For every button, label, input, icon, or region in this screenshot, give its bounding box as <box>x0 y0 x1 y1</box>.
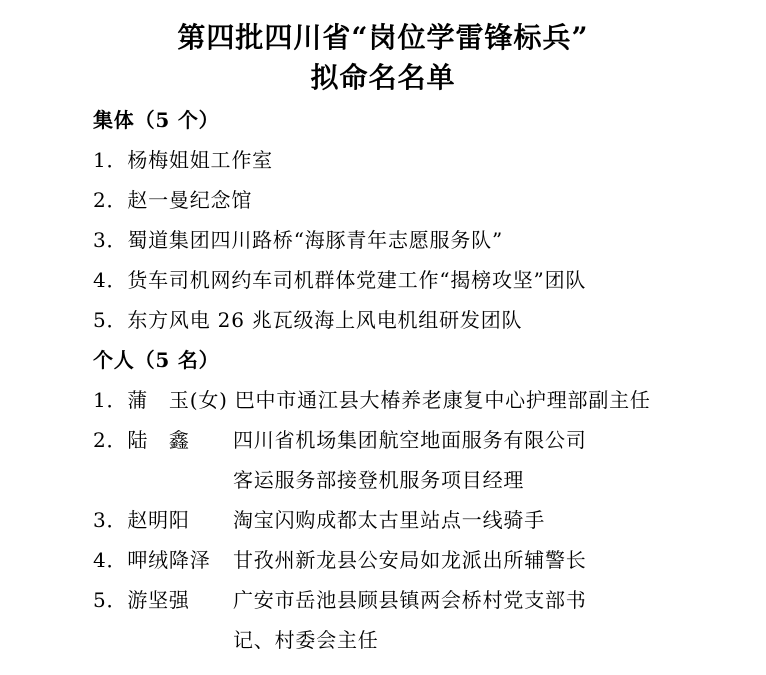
person-description-line: 巴中市通江县大椿养老康复中心护理部副主任 <box>235 380 726 420</box>
person-description-line: 甘孜州新龙县公安局如龙派出所辅警长 <box>233 540 726 580</box>
list-item: 2．赵一曼纪念馆 <box>93 180 726 220</box>
document-body: 集体（5 个） 1．杨梅姐姐工作室 2．赵一曼纪念馆 3．蜀道集团四川路桥“海豚… <box>0 100 766 660</box>
person-number-name: 4．呷绒降泽 <box>93 540 233 580</box>
list-item: 4．货车司机网约车司机群体党建工作“揭榜攻坚”团队 <box>93 260 726 300</box>
person-description-line: 记、村委会主任 <box>233 620 726 660</box>
section-heading-individual: 个人（5 名） <box>93 340 726 380</box>
person-description: 淘宝闪购成都太古里站点一线骑手 <box>233 500 726 540</box>
document-title: 第四批四川省“岗位学雷锋标兵” 拟命名名单 <box>0 18 766 98</box>
title-line-2: 拟命名名单 <box>0 58 766 98</box>
person-row: 1．蒲 玉(女) 巴中市通江县大椿养老康复中心护理部副主任 <box>93 380 726 420</box>
person-description: 甘孜州新龙县公安局如龙派出所辅警长 <box>233 540 726 580</box>
list-item: 3．蜀道集团四川路桥“海豚青年志愿服务队” <box>93 220 726 260</box>
person-row: 3．赵明阳 淘宝闪购成都太古里站点一线骑手 <box>93 500 726 540</box>
person-number-name: 1．蒲 玉(女) <box>93 380 228 420</box>
person-description: 广安市岳池县顾县镇两会桥村党支部书 记、村委会主任 <box>233 580 726 660</box>
person-number-name: 5．游坚强 <box>93 580 233 620</box>
person-description-line: 淘宝闪购成都太古里站点一线骑手 <box>233 500 726 540</box>
title-line-1: 第四批四川省“岗位学雷锋标兵” <box>0 18 766 58</box>
person-row: 4．呷绒降泽 甘孜州新龙县公安局如龙派出所辅警长 <box>93 540 726 580</box>
list-item: 1．杨梅姐姐工作室 <box>93 140 726 180</box>
section-heading-collective: 集体（5 个） <box>93 100 726 140</box>
list-item: 5．东方风电 26 兆瓦级海上风电机组研发团队 <box>93 300 726 340</box>
person-row: 5．游坚强 广安市岳池县顾县镇两会桥村党支部书 记、村委会主任 <box>93 580 726 660</box>
person-description: 四川省机场集团航空地面服务有限公司 客运服务部接登机服务项目经理 <box>233 420 726 500</box>
person-number-name: 2．陆 鑫 <box>93 420 233 460</box>
person-description-line: 广安市岳池县顾县镇两会桥村党支部书 <box>233 580 726 620</box>
person-number-name: 3．赵明阳 <box>93 500 233 540</box>
person-description-line: 四川省机场集团航空地面服务有限公司 <box>233 420 726 460</box>
person-row: 2．陆 鑫 四川省机场集团航空地面服务有限公司 客运服务部接登机服务项目经理 <box>93 420 726 500</box>
person-description-line: 客运服务部接登机服务项目经理 <box>233 460 726 500</box>
person-description: 巴中市通江县大椿养老康复中心护理部副主任 <box>235 380 726 420</box>
document-page: 第四批四川省“岗位学雷锋标兵” 拟命名名单 集体（5 个） 1．杨梅姐姐工作室 … <box>0 0 766 675</box>
